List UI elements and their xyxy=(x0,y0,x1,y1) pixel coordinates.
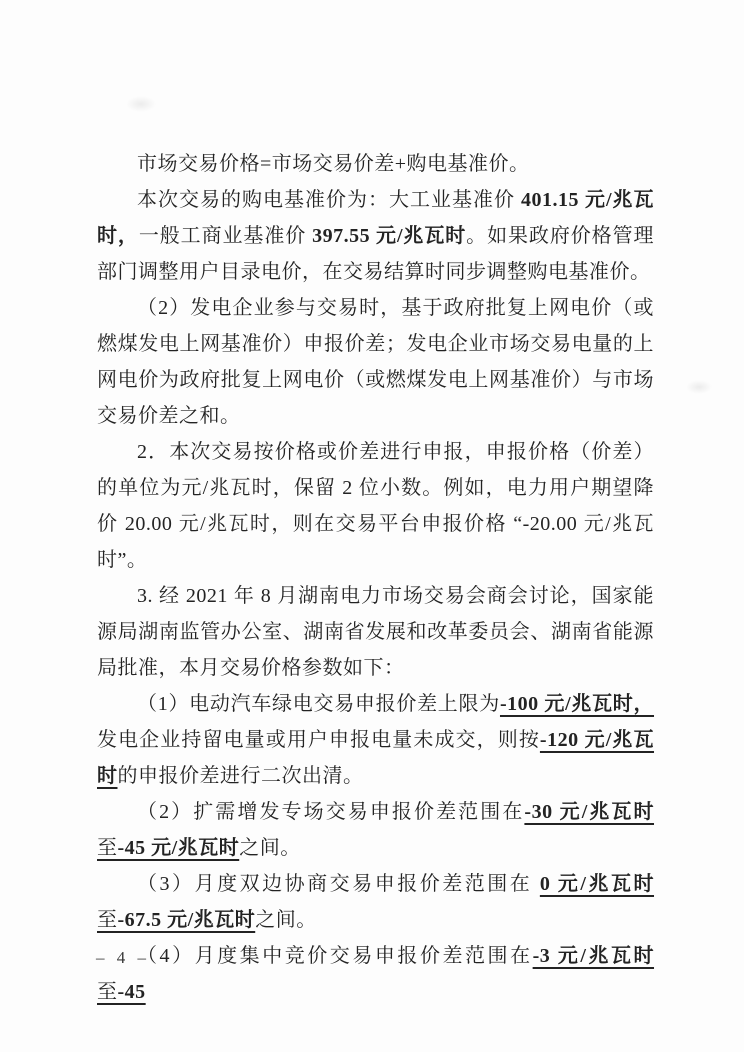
page-number: – 4 – xyxy=(96,948,150,968)
paragraph: （2）扩需增发专场交易申报价差范围在-30 元/兆瓦时至-45 元/兆瓦时之间。 xyxy=(97,794,654,866)
emphasized-text-run: 0 元/兆瓦时 xyxy=(540,873,654,895)
scanned-document-page: 市场交易价格=市场交易价差+购电基准价。本次交易的购电基准价为：大工业基准价 4… xyxy=(0,0,744,1052)
paragraph: （3）月度双边协商交易申报价差范围在 0 元/兆瓦时至-67.5 元/兆瓦时之间… xyxy=(97,866,654,938)
text-run: （1）电动汽车绿电交易申报价差上限为 xyxy=(137,693,500,715)
paragraph: （1）电动汽车绿电交易申报价差上限为-100 元/兆瓦时，发电企业持留电量或用户… xyxy=(97,686,654,794)
text-run: 本次交易的购电基准价为：大工业基准价 xyxy=(137,189,521,211)
paragraph: 3. 经 2021 年 8 月湖南电力市场交易会商会讨论，国家能源局湖南监管办公… xyxy=(97,578,654,686)
emphasized-text-run: 至 xyxy=(97,837,118,859)
paragraph: （4）月度集中竞价交易申报价差范围在-3 元/兆瓦时至-45 xyxy=(97,938,654,1010)
scan-artifact xyxy=(686,380,712,394)
text-run: （3）月度双边协商交易申报价差范围在 xyxy=(137,873,540,895)
emphasized-text-run: 至 xyxy=(97,981,118,1003)
emphasized-text-run: 397.55 元/兆瓦时 xyxy=(312,225,466,247)
text-run: 市场交易价格=市场交易价差+购电基准价。 xyxy=(137,153,530,175)
text-run: 之间。 xyxy=(255,909,317,931)
text-run: （2）发电企业参与交易时，基于政府批复上网电价（或燃煤发电上网基准价）申报价差；… xyxy=(97,297,654,427)
text-run: 一般工商业基准价 xyxy=(139,225,312,247)
text-run: 3. 经 2021 年 8 月湖南电力市场交易会商会讨论，国家能源局湖南监管办公… xyxy=(97,585,654,679)
emphasized-text-run: -3 元/兆瓦时 xyxy=(533,945,654,967)
paragraph: 市场交易价格=市场交易价差+购电基准价。 xyxy=(97,146,654,182)
paragraph: 本次交易的购电基准价为：大工业基准价 401.15 元/兆瓦时，一般工商业基准价… xyxy=(97,182,654,290)
text-run: 2．本次交易按价格或价差进行申报，申报价格（价差）的单位为元/兆瓦时，保留 2 … xyxy=(97,441,654,571)
text-run: （2）扩需增发专场交易申报价差范围在 xyxy=(137,801,524,823)
emphasized-text-run: 至 xyxy=(97,909,118,931)
text-run: 之间。 xyxy=(239,837,301,859)
emphasized-text-run: -45 xyxy=(118,981,146,1003)
text-run: 的申报价差进行二次出清。 xyxy=(118,765,364,787)
scan-artifact xyxy=(126,96,156,112)
text-run: 发电企业持留电量或用户申报电量未成交，则按 xyxy=(97,729,540,751)
emphasized-text-run: -45 元/兆瓦时 xyxy=(118,837,240,859)
paragraph: （2）发电企业参与交易时，基于政府批复上网电价（或燃煤发电上网基准价）申报价差；… xyxy=(97,290,654,434)
document-text: 市场交易价格=市场交易价差+购电基准价。本次交易的购电基准价为：大工业基准价 4… xyxy=(97,146,654,1010)
emphasized-text-run: -30 元/兆瓦时 xyxy=(524,801,654,823)
emphasized-text-run: -67.5 元/兆瓦时 xyxy=(118,909,256,931)
emphasized-text-run: -100 元/兆瓦时， xyxy=(500,693,654,715)
text-run: （4）月度集中竞价交易申报价差范围在 xyxy=(137,945,533,967)
paragraph: 2．本次交易按价格或价差进行申报，申报价格（价差）的单位为元/兆瓦时，保留 2 … xyxy=(97,434,654,578)
